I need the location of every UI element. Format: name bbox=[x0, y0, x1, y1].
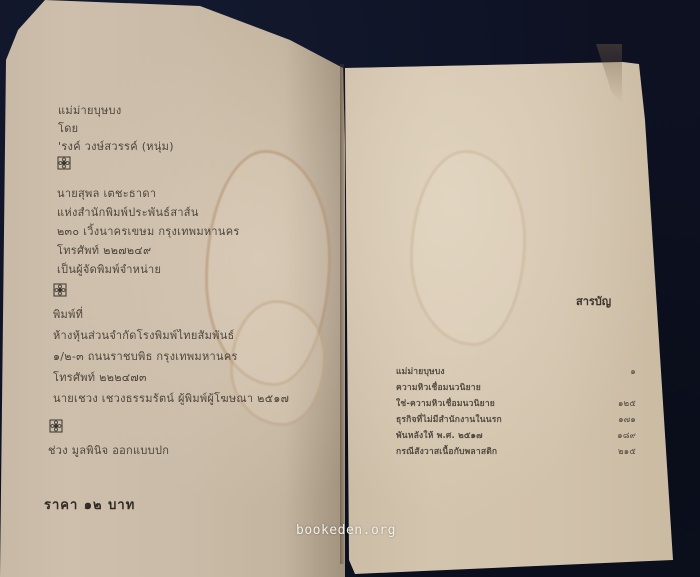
toc-entry-page: ๑๒๕ bbox=[618, 396, 636, 410]
printer-line: โทรศัพท์ ๒๒๒๔๗๓ bbox=[53, 368, 147, 386]
toc-entry: แม่ม่ายบุษบง ๑ bbox=[396, 364, 636, 378]
printer-line: ห้างหุ้นส่วนจำกัดโรงพิมพ์ไทยสัมพันธ์ bbox=[53, 326, 235, 344]
cover-design-credit: ช่วง มูลพินิจ ออกแบบปก bbox=[48, 441, 169, 459]
publisher-line: ๒๓๐ เวิ้งนาครเขษม กรุงเทพมหานคร bbox=[57, 222, 240, 240]
publisher-line: แห่งสำนักพิมพ์ประพันธ์สาส์น bbox=[57, 203, 199, 221]
water-stain bbox=[410, 150, 526, 346]
toc-entry: กรณีสังวาสเนื้อกับพลาสติก ๒๑๕ bbox=[396, 444, 636, 458]
printer-line: ๑/๒-๓ ถนนราชบพิธ กรุงเทพมหานคร bbox=[53, 347, 238, 365]
floral-ornament-icon bbox=[57, 156, 71, 170]
author-name: 'รงค์ วงษ์สวรรค์ (หนุ่ม) bbox=[58, 137, 174, 155]
left-page bbox=[0, 0, 345, 577]
publisher-line: นายสุพล เตชะธาดา bbox=[57, 184, 156, 202]
toc-entry-title: กรณีสังวาสเนื้อกับพลาสติก bbox=[396, 444, 497, 458]
watermark: bookeden.org bbox=[296, 523, 396, 538]
toc-entry: ใช่-ความหิวเชื่อมนวนิยาย ๑๒๕ bbox=[396, 396, 636, 410]
toc-entry-title: ธุรกิจที่ไม่มีสำนักงานในนรก bbox=[396, 412, 502, 426]
book-price: ราคา ๑๒ บาท bbox=[44, 494, 135, 515]
publisher-line: เป็นผู้จัดพิมพ์จำหน่าย bbox=[57, 260, 161, 278]
printer-line: นายเชวง เชวงธรรมรัตน์ ผู้พิมพ์ผู้โฆษณา ๒… bbox=[53, 389, 289, 407]
toc-entry-title: พันหลังให้ พ.ศ. ๒๕๑๗ bbox=[396, 428, 483, 442]
toc-entry-title: ความหิวเชื่อมนวนิยาย bbox=[396, 380, 481, 394]
toc-entry-page: ๑๗๑ bbox=[618, 412, 636, 426]
toc-entry-page: ๒๑๕ bbox=[618, 444, 636, 458]
toc-entry-title: ใช่-ความหิวเชื่อมนวนิยาย bbox=[396, 396, 495, 410]
by-label: โดย bbox=[58, 119, 78, 137]
water-stain bbox=[230, 300, 326, 426]
toc-entry-title: แม่ม่ายบุษบง bbox=[396, 364, 445, 378]
toc-entry: ธุรกิจที่ไม่มีสำนักงานในนรก ๑๗๑ bbox=[396, 412, 636, 426]
toc-title: สารบัญ bbox=[576, 292, 611, 310]
toc-entry-page: ๑๘๙ bbox=[617, 428, 636, 442]
book-title: แม่ม่ายบุษบง bbox=[58, 101, 122, 119]
printer-label: พิมพ์ที่ bbox=[53, 305, 83, 323]
floral-ornament-icon bbox=[53, 283, 67, 297]
book-gutter bbox=[340, 64, 344, 564]
toc-entry-page: ๑ bbox=[630, 364, 636, 378]
publisher-line: โทรศัพท์ ๒๒๗๒๔๙ bbox=[57, 241, 151, 259]
toc-entry: ความหิวเชื่อมนวนิยาย bbox=[396, 380, 636, 394]
floral-ornament-icon bbox=[49, 419, 63, 433]
toc-entry: พันหลังให้ พ.ศ. ๒๕๑๗ ๑๘๙ bbox=[396, 428, 636, 442]
